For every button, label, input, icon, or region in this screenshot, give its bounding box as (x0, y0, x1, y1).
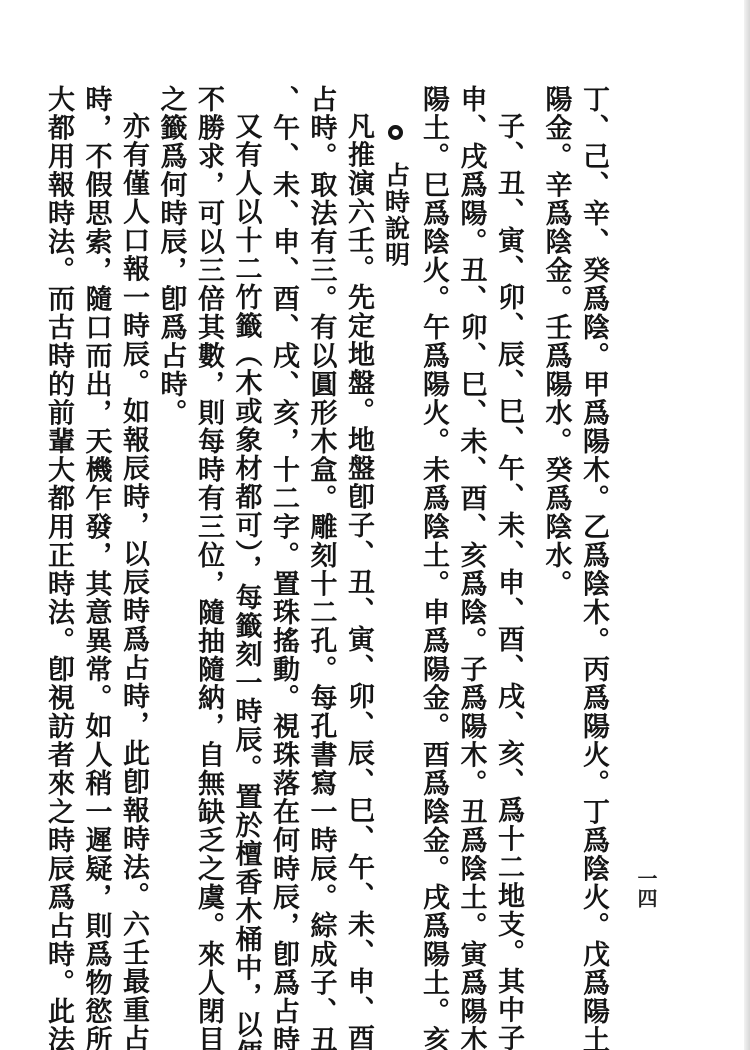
text-column: 大都用報時法。而古時的前輩大都用正時法。卽視訪者來之時辰爲占時。此法，亦十分靈驗… (40, 85, 78, 1005)
text-column: 丁、己、辛、癸爲陰。甲爲陽木。乙爲陰木。丙爲陽火。丁爲陰火。戊爲陽土。己爲陰土。… (575, 85, 613, 1005)
text-column: 不勝求，可以三倍其數，則每時有三位，隨抽隨納，自無缺乏之虞。來人閉目任抽一籤。視… (190, 85, 228, 1005)
column-gap (527, 85, 537, 1005)
page-edge (744, 0, 750, 1050)
text-column: 陽土。巳爲陰火。午爲陽火。未爲陰土。申爲陽金。酉爲陰金。戌爲陽土。亥爲陰水。 (415, 85, 453, 1005)
body-text: 丁、己、辛、癸爲陰。甲爲陽木。乙爲陰木。丙爲陽火。丁爲陰火。戊爲陽土。己爲陰土。… (40, 85, 613, 1005)
text-column: 占時。取法有三。有以圓形木盒。雕刻十二孔。每孔書寫一時辰。綜成子、丑、寅、卯、辰… (302, 85, 340, 1005)
text-column: 子、丑、寅、卯、辰、巳、午、未、申、酉、戌、亥、爲十二地支。其中子、寅、辰、午、 (490, 85, 528, 1005)
text-column: 、午、未、申、酉、戌、亥，十二字。置珠搖動。視珠落在何時辰，卽爲占時。 (265, 85, 303, 1005)
bullet-circle-icon (388, 125, 403, 140)
page-number: 一四 (632, 868, 661, 908)
text-column: 亦有僅人口報一時辰。如報辰時，以辰時爲占時，此卽報時法。六壬最重占時。如人當面報 (115, 85, 153, 1005)
text-column: 陽金。辛爲陰金。壬爲陽水。癸爲陰水。 (537, 85, 575, 1005)
text-column: 凡推演六壬。先定地盤。地盤卽子、丑、寅、卯、辰、巳、午、未、申、酉、戌、亥等十二 (340, 85, 378, 1005)
section-heading-text: 占時說明 (382, 162, 411, 268)
section-heading: 占時說明 (377, 85, 415, 1005)
text-column: 之籤爲何時辰，卽爲占時。 (152, 85, 190, 1005)
text-column: 時，不假思索，隨口而出，天機乍發，其意異常。如人稍一遲疑，則爲物慾所蔽而不靈。近… (77, 85, 115, 1005)
text-column: 申、戌爲陽。丑、卯、巳、未、酉、亥爲陰。子爲陽木。丑爲陰土。寅爲陽木。卯爲陰木。… (452, 85, 490, 1005)
text-column: 又有人以十二竹籤（木或象材都可），每籤刻一時辰。置於檀香木桶中，以便抽取。如果供 (227, 85, 265, 1005)
